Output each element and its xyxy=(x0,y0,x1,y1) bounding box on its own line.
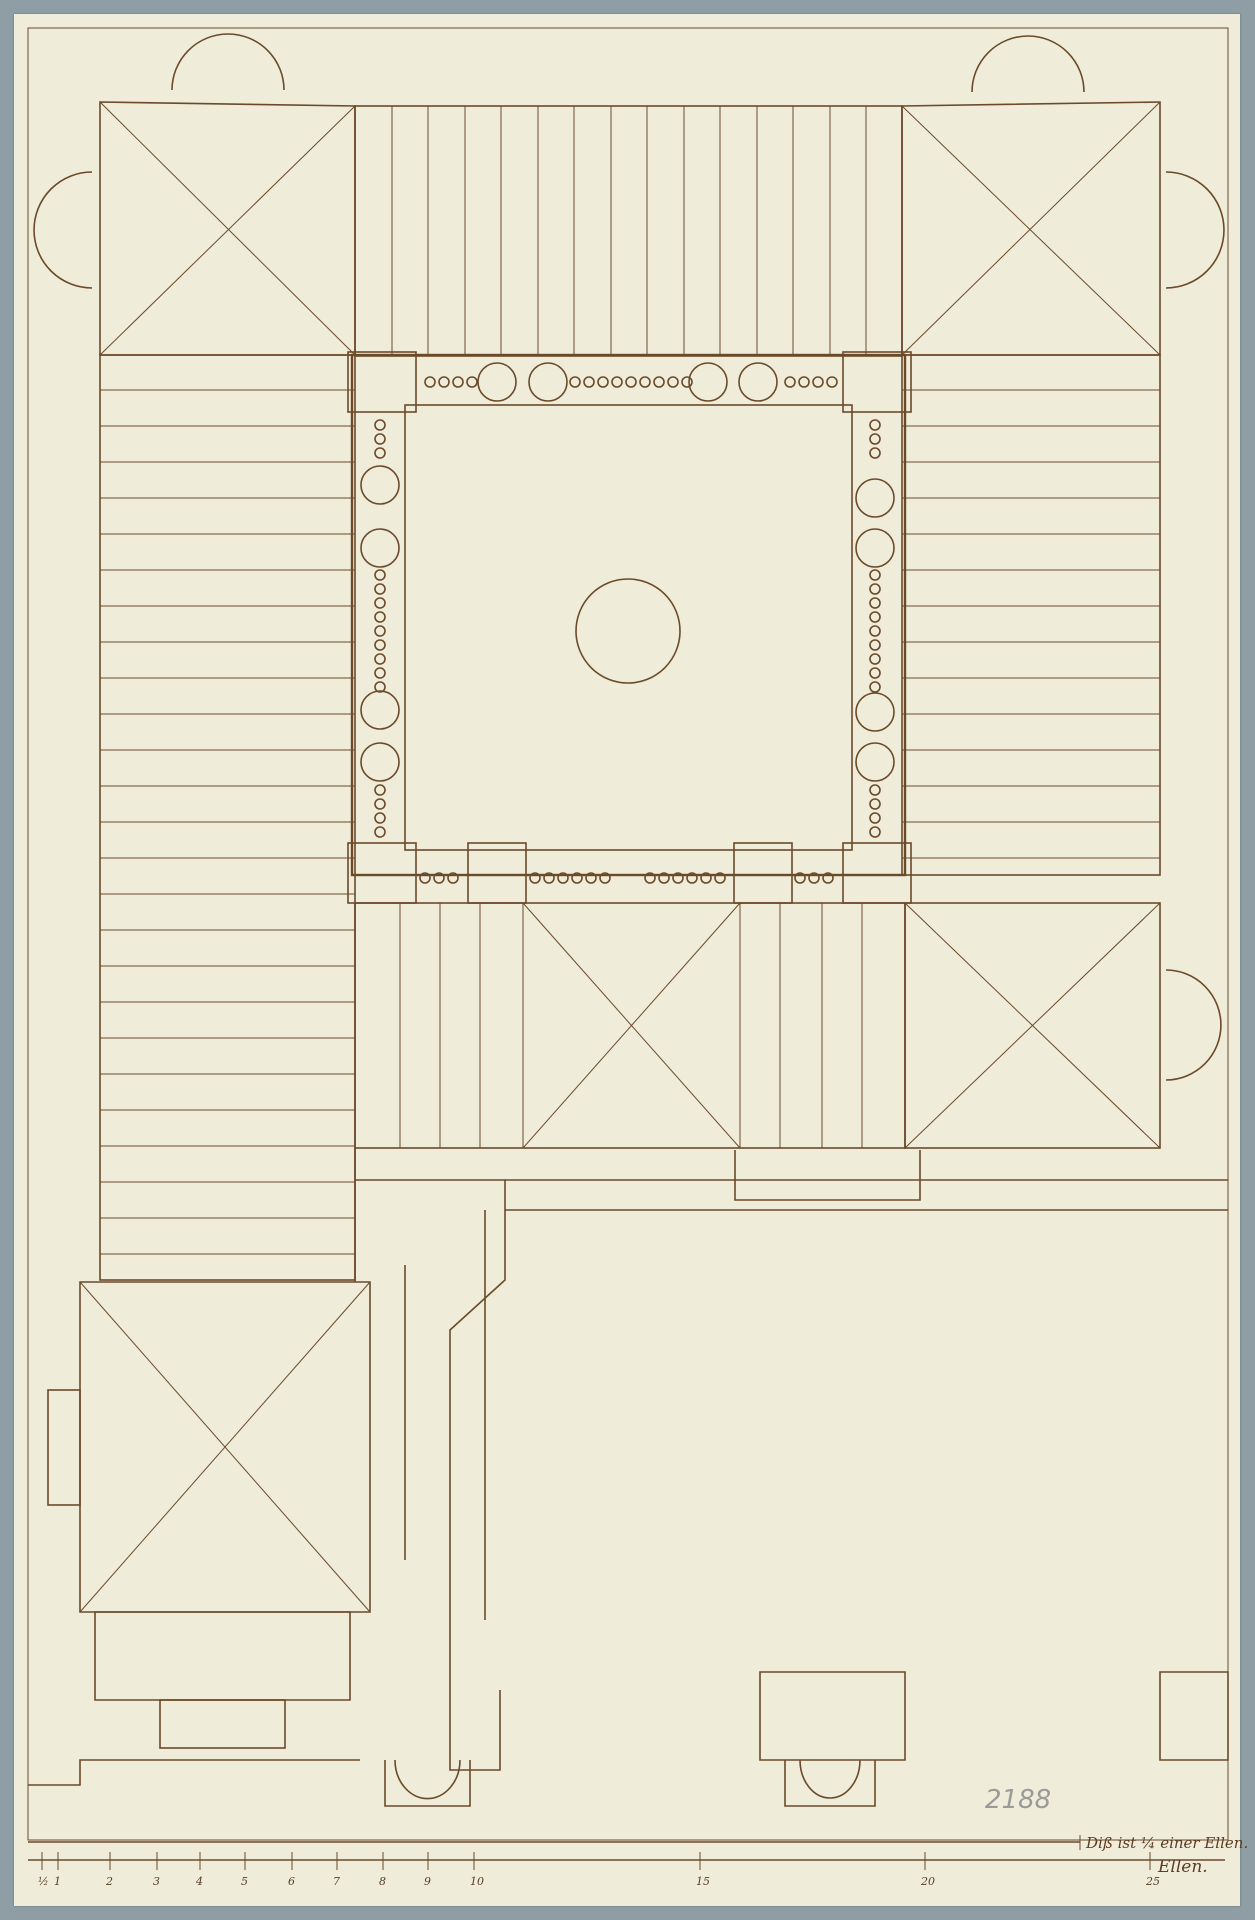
room-right-lower xyxy=(905,903,1221,1148)
scale-tick-label: 6 xyxy=(288,1875,295,1888)
scale-tick-label: 7 xyxy=(333,1875,340,1888)
scale-tick-label: 20 xyxy=(920,1875,935,1888)
courtyard xyxy=(348,352,911,903)
fountain-circle xyxy=(576,579,680,683)
wing-left xyxy=(100,355,355,1280)
room-top-left xyxy=(34,34,355,355)
scale-unit: Ellen. xyxy=(1157,1857,1208,1877)
scale-tick-label: 10 xyxy=(470,1875,484,1888)
wing-right xyxy=(902,355,1160,875)
scale-tick-label: 9 xyxy=(424,1875,431,1888)
inventory-number: 2188 xyxy=(985,1785,1051,1815)
scale-tick-label: 3 xyxy=(153,1875,160,1888)
scale-tick-label: 1 xyxy=(54,1875,61,1888)
floor-plan: ½12345678910152025 Diß ist ¼ einer Ellen… xyxy=(0,0,1255,1920)
scale-tick-label: 8 xyxy=(379,1875,386,1888)
corridor-lower xyxy=(28,1148,1228,1806)
wing-bottom-center xyxy=(355,903,905,1148)
room-bottom-left xyxy=(48,1282,370,1748)
scale-tick-label: ½ xyxy=(38,1875,49,1888)
scale-bar: ½12345678910152025 Diß ist ¼ einer Ellen… xyxy=(28,1834,1248,1888)
scale-tick-label: 5 xyxy=(241,1875,248,1888)
scale-note: Diß ist ¼ einer Ellen. xyxy=(1085,1834,1248,1852)
frame-border xyxy=(28,28,1228,1840)
wing-top xyxy=(355,106,902,356)
scale-tick-label: 4 xyxy=(195,1875,203,1888)
room-top-right xyxy=(902,36,1224,355)
scale-tick-label: 2 xyxy=(105,1875,113,1888)
scale-tick-label: 15 xyxy=(696,1875,710,1888)
drawing-sheet: ½12345678910152025 Diß ist ¼ einer Ellen… xyxy=(14,14,1240,1906)
